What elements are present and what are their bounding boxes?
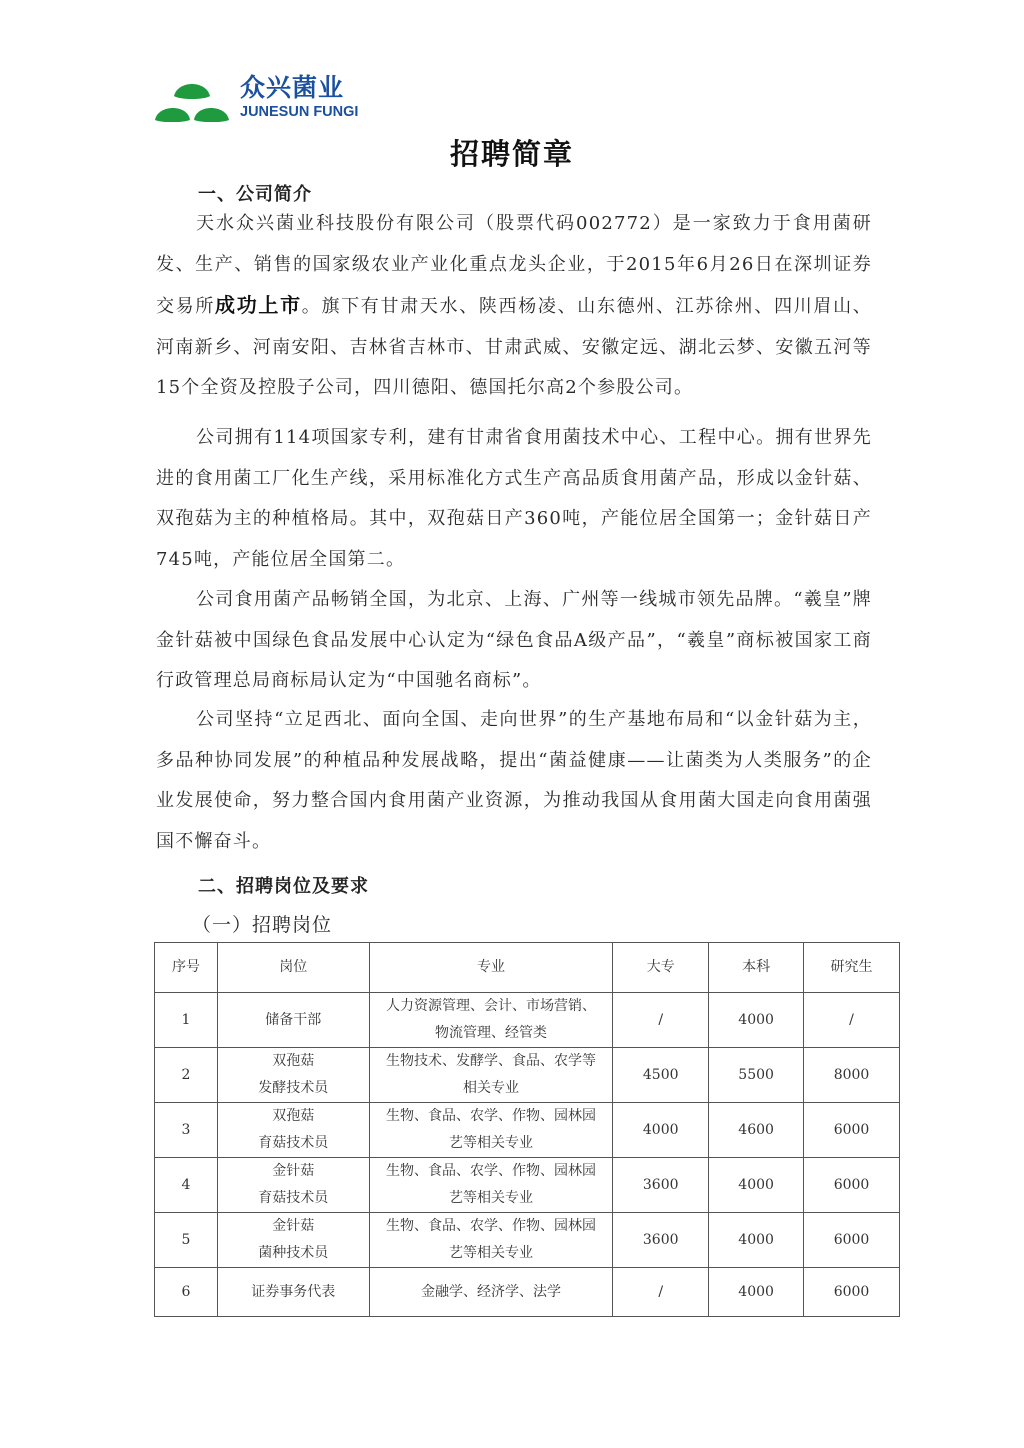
cell-major: 生物、食品、农学、作物、园林园艺等相关专业 bbox=[369, 1158, 613, 1213]
cell-position: 金针菇菌种技术员 bbox=[217, 1213, 369, 1268]
paragraph-patents: 公司拥有114项国家专利，建有甘肃省食用菌技术中心、工程中心。拥有世界先进的食用… bbox=[156, 418, 872, 580]
header-graduate: 研究生 bbox=[804, 943, 900, 993]
cell-no: 4 bbox=[155, 1158, 218, 1213]
cell-graduate: / bbox=[804, 993, 900, 1048]
major-line: 艺等相关专业 bbox=[374, 1240, 609, 1267]
logo-name-en: JUNESUN FUNGI bbox=[240, 104, 358, 120]
position-line: 金针菇 bbox=[222, 1158, 365, 1185]
major-line: 生物、食品、农学、作物、园林园 bbox=[374, 1103, 609, 1130]
major-line: 物流管理、经管类 bbox=[374, 1020, 609, 1047]
cell-no: 3 bbox=[155, 1103, 218, 1158]
subheading-positions: （一）招聘岗位 bbox=[192, 910, 332, 937]
cell-graduate: 6000 bbox=[804, 1103, 900, 1158]
cell-bachelor: 4000 bbox=[709, 1158, 804, 1213]
cell-major: 金融学、经济学、法学 bbox=[369, 1268, 613, 1317]
cell-college: / bbox=[613, 993, 709, 1048]
document-title: 招聘简章 bbox=[0, 132, 1024, 173]
cell-position: 证券事务代表 bbox=[217, 1268, 369, 1317]
bold-phrase-listed: 成功上市 bbox=[215, 293, 302, 317]
table-row: 1 储备干部 人力资源管理、会计、市场营销、物流管理、经管类 / 4000 / bbox=[155, 993, 900, 1048]
major-line: 生物技术、发酵学、食品、农学等 bbox=[374, 1048, 609, 1075]
position-line: 双孢菇 bbox=[222, 1048, 365, 1075]
cell-major: 生物、食品、农学、作物、园林园艺等相关专业 bbox=[369, 1103, 613, 1158]
major-line: 人力资源管理、会计、市场营销、 bbox=[374, 993, 609, 1020]
position-line: 金针菇 bbox=[222, 1213, 365, 1240]
cell-bachelor: 4000 bbox=[709, 1268, 804, 1317]
paragraph-intro: 天水众兴菌业科技股份有限公司（股票代码002772）是一家致力于食用菌研发、生产… bbox=[156, 204, 872, 409]
cell-major: 人力资源管理、会计、市场营销、物流管理、经管类 bbox=[369, 993, 613, 1048]
cell-graduate: 6000 bbox=[804, 1158, 900, 1213]
position-line: 双孢菇 bbox=[222, 1103, 365, 1130]
table-row: 5 金针菇菌种技术员 生物、食品、农学、作物、园林园艺等相关专业 3600 40… bbox=[155, 1213, 900, 1268]
cell-college: / bbox=[613, 1268, 709, 1317]
position-line: 发酵技术员 bbox=[222, 1075, 365, 1102]
paragraph-brand: 公司食用菌产品畅销全国，为北京、上海、广州等一线城市领先品牌。“羲皇”牌金针菇被… bbox=[156, 580, 872, 702]
header-major: 专业 bbox=[369, 943, 613, 993]
major-line: 金融学、经济学、法学 bbox=[374, 1279, 609, 1306]
header-bachelor: 本科 bbox=[709, 943, 804, 993]
cell-bachelor: 4000 bbox=[709, 993, 804, 1048]
major-line: 相关专业 bbox=[374, 1075, 609, 1102]
header-college: 大专 bbox=[613, 943, 709, 993]
cell-bachelor: 4000 bbox=[709, 1213, 804, 1268]
position-line: 证券事务代表 bbox=[222, 1279, 365, 1306]
paragraph-strategy: 公司坚持“立足西北、面向全国、走向世界”的生产基地布局和“以金针菇为主，多品种协… bbox=[156, 700, 872, 862]
cell-bachelor: 5500 bbox=[709, 1048, 804, 1103]
cell-no: 6 bbox=[155, 1268, 218, 1317]
cell-position: 金针菇育菇技术员 bbox=[217, 1158, 369, 1213]
table-row: 6 证券事务代表 金融学、经济学、法学 / 4000 6000 bbox=[155, 1268, 900, 1317]
cell-college: 3600 bbox=[613, 1213, 709, 1268]
table-header-row: 序号 岗位 专业 大专 本科 研究生 bbox=[155, 943, 900, 993]
cell-college: 3600 bbox=[613, 1158, 709, 1213]
major-line: 艺等相关专业 bbox=[374, 1185, 609, 1212]
cell-no: 2 bbox=[155, 1048, 218, 1103]
cell-no: 5 bbox=[155, 1213, 218, 1268]
cell-graduate: 6000 bbox=[804, 1268, 900, 1317]
cell-position: 双孢菇发酵技术员 bbox=[217, 1048, 369, 1103]
cell-college: 4500 bbox=[613, 1048, 709, 1103]
table-row: 2 双孢菇发酵技术员 生物技术、发酵学、食品、农学等相关专业 4500 5500… bbox=[155, 1048, 900, 1103]
section-heading-positions: 二、招聘岗位及要求 bbox=[198, 872, 369, 898]
position-line: 菌种技术员 bbox=[222, 1240, 365, 1267]
cell-major: 生物技术、发酵学、食品、农学等相关专业 bbox=[369, 1048, 613, 1103]
logo-name-cn: 众兴菌业 bbox=[240, 74, 344, 102]
cell-graduate: 6000 bbox=[804, 1213, 900, 1268]
major-line: 生物、食品、农学、作物、园林园 bbox=[374, 1213, 609, 1240]
cell-college: 4000 bbox=[613, 1103, 709, 1158]
position-line: 育菇技术员 bbox=[222, 1130, 365, 1157]
header-no: 序号 bbox=[155, 943, 218, 993]
position-line: 育菇技术员 bbox=[222, 1185, 365, 1212]
cell-no: 1 bbox=[155, 993, 218, 1048]
cell-graduate: 8000 bbox=[804, 1048, 900, 1103]
table-row: 3 双孢菇育菇技术员 生物、食品、农学、作物、园林园艺等相关专业 4000 46… bbox=[155, 1103, 900, 1158]
cell-major: 生物、食品、农学、作物、园林园艺等相关专业 bbox=[369, 1213, 613, 1268]
major-line: 生物、食品、农学、作物、园林园 bbox=[374, 1158, 609, 1185]
company-logo: 众兴菌业 JUNESUN FUNGI bbox=[154, 72, 384, 124]
header-position: 岗位 bbox=[217, 943, 369, 993]
section-heading-company-intro: 一、公司简介 bbox=[198, 180, 312, 206]
three-mushroom-caps-icon bbox=[154, 74, 230, 122]
major-line: 艺等相关专业 bbox=[374, 1130, 609, 1157]
position-line: 储备干部 bbox=[222, 1007, 365, 1034]
table-row: 4 金针菇育菇技术员 生物、食品、农学、作物、园林园艺等相关专业 3600 40… bbox=[155, 1158, 900, 1213]
cell-position: 双孢菇育菇技术员 bbox=[217, 1103, 369, 1158]
cell-bachelor: 4600 bbox=[709, 1103, 804, 1158]
positions-table: 序号 岗位 专业 大专 本科 研究生 1 储备干部 人力资源管理、会计、市场营销… bbox=[154, 942, 900, 1317]
cell-position: 储备干部 bbox=[217, 993, 369, 1048]
